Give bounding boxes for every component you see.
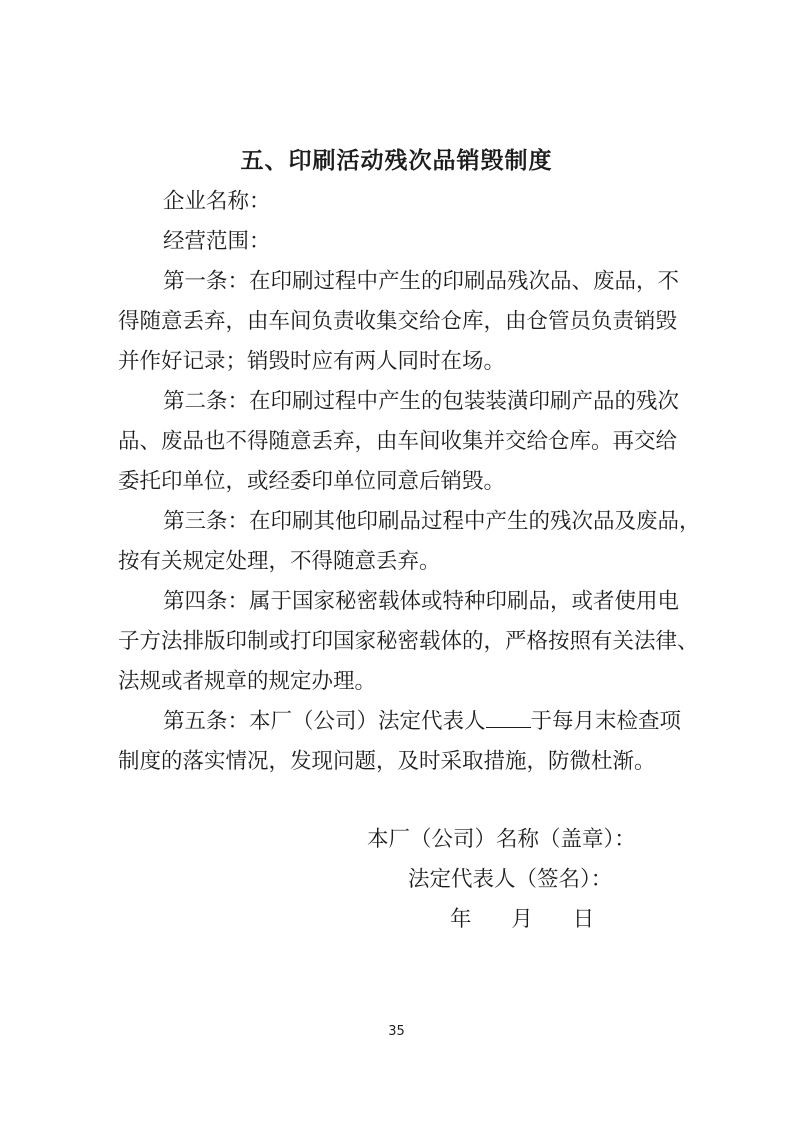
article-2-line-1: 第二条：在印刷过程中产生的包装装潢印刷产品的残次 xyxy=(118,382,675,422)
document-body: 企业名称： 经营范围： 第一条：在印刷过程中产生的印刷品残次品、废品，不 得随意… xyxy=(118,182,675,782)
field-business-scope-label: 经营范围： xyxy=(118,222,675,262)
page-title: 五、印刷活动残次品销毁制度 xyxy=(0,140,793,182)
date-year-label: 年 xyxy=(450,900,472,940)
signature-company-seal-line: 本厂（公司）名称（盖章）： xyxy=(0,820,793,860)
fill-in-blank-underline xyxy=(486,708,531,728)
article-2-line-3: 委托印单位，或经委印单位同意后销毁。 xyxy=(118,462,675,502)
article-4-line-3: 法规或者规章的规定办理。 xyxy=(118,662,675,702)
article-1-line-2: 得随意丢弃，由车间负责收集交给仓库，由仓管员负责销毁 xyxy=(118,302,675,342)
blank-line-spacer xyxy=(0,782,793,820)
signature-block: 本厂（公司）名称（盖章）： 法定代表人（签名）： 年 月 日 xyxy=(0,820,793,940)
article-2-line-2: 品、废品也不得随意丢弃，由车间收集并交给仓库。再交给 xyxy=(118,422,675,462)
document-page: 五、印刷活动残次品销毁制度 企业名称： 经营范围： 第一条：在印刷过程中产生的印… xyxy=(0,0,793,1122)
article-1-line-3: 并作好记录；销毁时应有两人同时在场。 xyxy=(118,342,675,382)
article-5-line-1: 第五条：本厂（公司）法定代表人于每月末检查项 xyxy=(118,702,675,742)
date-month-label: 月 xyxy=(511,900,533,940)
article-3-line-1: 第三条：在印刷其他印刷品过程中产生的残次品及废品， xyxy=(118,502,675,542)
article-1-line-1: 第一条：在印刷过程中产生的印刷品残次品、废品，不 xyxy=(118,262,675,302)
article-3-line-2: 按有关规定处理，不得随意丢弃。 xyxy=(118,542,675,582)
signature-legal-representative-line: 法定代表人（签名）： xyxy=(0,860,793,900)
article-4-line-1: 第四条：属于国家秘密载体或特种印刷品，或者使用电 xyxy=(118,582,675,622)
article-5-line-1-before-blank: 第五条：本厂（公司）法定代表人 xyxy=(163,709,486,734)
date-day-label: 日 xyxy=(573,900,595,940)
article-5-line-2: 制度的落实情况，发现问题，及时采取措施，防微杜渐。 xyxy=(118,742,675,782)
signature-date-line: 年 月 日 xyxy=(0,900,793,940)
article-4-line-2: 子方法排版印制或打印国家秘密载体的，严格按照有关法律、 xyxy=(118,622,675,662)
article-5-line-1-after-blank: 于每月末检查项 xyxy=(531,709,682,734)
field-company-name-label: 企业名称： xyxy=(118,182,675,222)
page-number: 35 xyxy=(0,1022,793,1042)
